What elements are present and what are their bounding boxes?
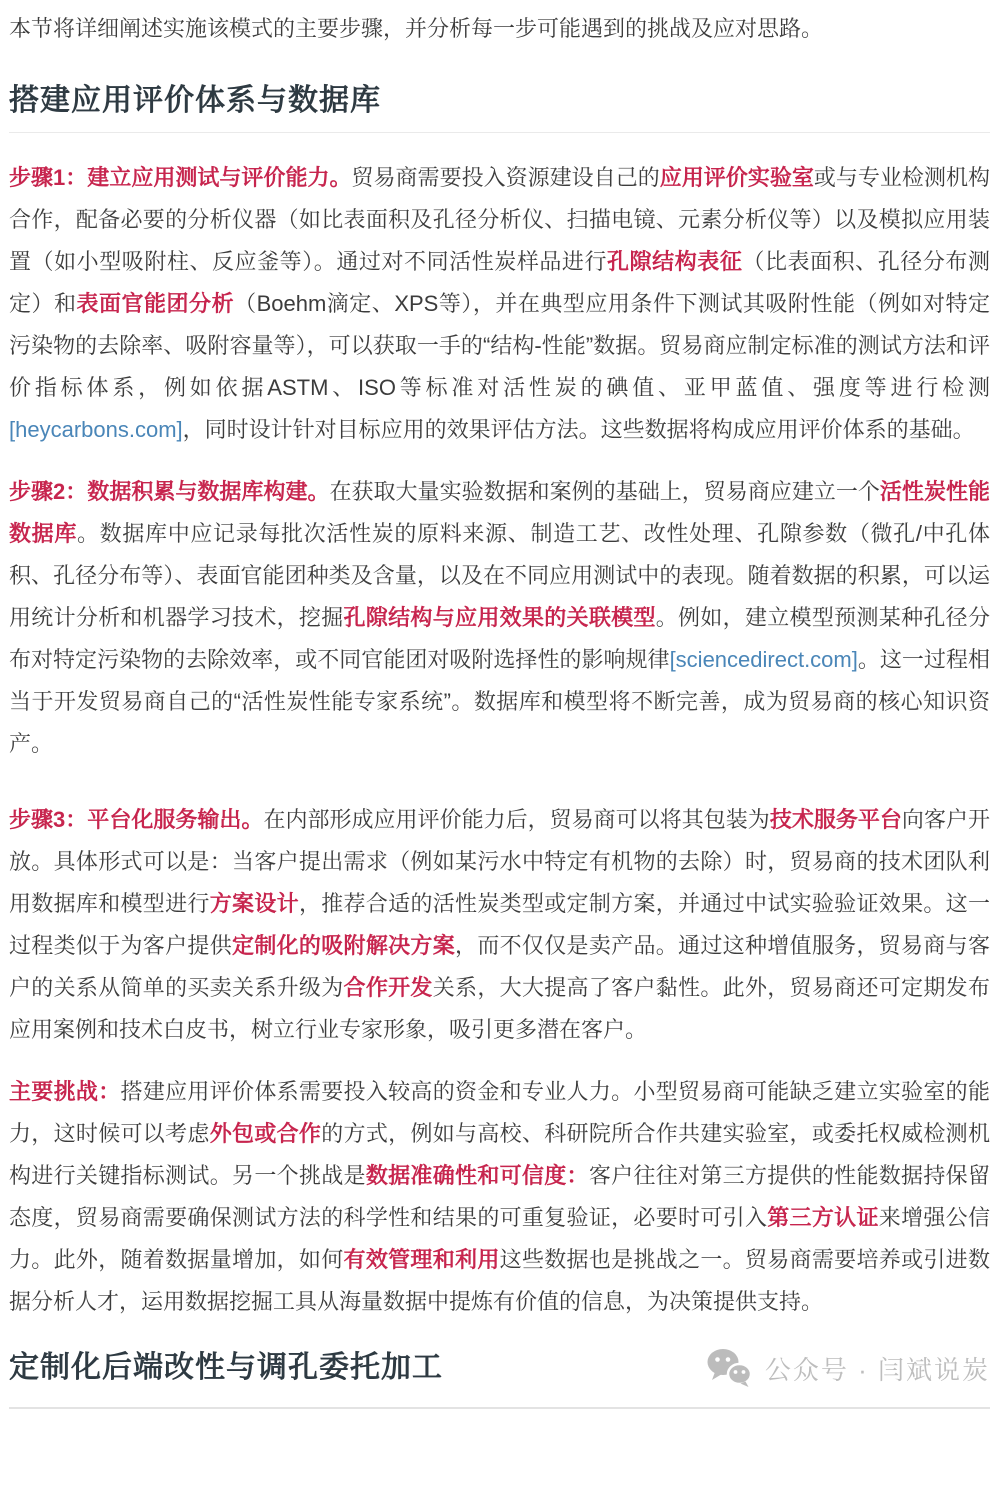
highlight-text: 孔隙结构与应用效果的关联模型 <box>344 605 656 630</box>
highlight-text: 有效管理和利用 <box>344 1247 500 1272</box>
highlight-text: 第三方认证 <box>767 1205 879 1230</box>
highlight-text: 外包或合作 <box>210 1121 322 1146</box>
highlight-text: 方案设计 <box>210 891 299 916</box>
paragraph-step2: 步骤2：数据积累与数据库构建。在获取大量实验数据和案例的基础上，贸易商应建立一个… <box>9 471 990 765</box>
highlight-text: 步骤1：建立应用测试与评价能力。 <box>9 165 352 190</box>
highlight-text: 表面官能团分析 <box>77 291 235 316</box>
highlight-text: 应用评价实验室 <box>660 165 814 190</box>
highlight-text: 合作开发 <box>344 975 433 1000</box>
highlight-text: 步骤2：数据积累与数据库构建。 <box>9 479 329 504</box>
text-segment: 在获取大量实验数据和案例的基础上，贸易商应建立一个 <box>329 479 879 504</box>
paragraph-main-challenges: 主要挑战：搭建应用评价体系需要投入较高的资金和专业人力。小型贸易商可能缺乏建立实… <box>9 1071 990 1323</box>
watermark-text: 公众号 · 闫斌说炭 <box>765 1350 990 1387</box>
highlight-text: 主要挑战： <box>9 1079 121 1104</box>
highlight-text: 技术服务平台 <box>770 807 902 832</box>
watermark: 公众号 · 闫斌说炭 <box>705 1347 990 1389</box>
citation-link[interactable]: [heycarbons.com] <box>9 417 183 442</box>
section-heading-custom-processing: 定制化后端改性与调孔委托加工 <box>9 1351 443 1385</box>
section-heading-evaluation-system: 搭建应用评价体系与数据库 <box>9 84 990 118</box>
footer-row: 定制化后端改性与调孔委托加工 公众号 · 闫斌说炭 <box>9 1347 990 1389</box>
citation-link[interactable]: [sciencedirect.com] <box>670 647 858 672</box>
highlight-text: 步骤3：平台化服务输出。 <box>9 807 263 832</box>
text-segment: ，同时设计针对目标应用的效果评估方法。这些数据将构成应用评价体系的基础。 <box>183 417 975 442</box>
highlight-text: 定制化的吸附解决方案 <box>232 933 455 958</box>
intro-paragraph: 本节将详细阐述实施该模式的主要步骤，并分析每一步可能遇到的挑战及应对思路。 <box>9 8 990 50</box>
bottom-divider <box>9 1407 990 1409</box>
text-segment: 在内部形成应用评价能力后，贸易商可以将其包装为 <box>263 807 769 832</box>
wechat-icon <box>705 1347 755 1389</box>
highlight-text: 数据准确性和可信度： <box>366 1163 589 1188</box>
highlight-text: 孔隙结构表征 <box>607 249 742 274</box>
paragraph-step3: 步骤3：平台化服务输出。在内部形成应用评价能力后，贸易商可以将其包装为技术服务平… <box>9 799 990 1051</box>
text-segment: 贸易商需要投入资源建设自己的 <box>352 165 660 190</box>
text-segment: 本节将详细阐述实施该模式的主要步骤，并分析每一步可能遇到的挑战及应对思路。 <box>9 16 823 41</box>
heading-divider <box>9 132 990 133</box>
paragraph-step1: 步骤1：建立应用测试与评价能力。贸易商需要投入资源建设自己的应用评价实验室或与专… <box>9 157 990 451</box>
